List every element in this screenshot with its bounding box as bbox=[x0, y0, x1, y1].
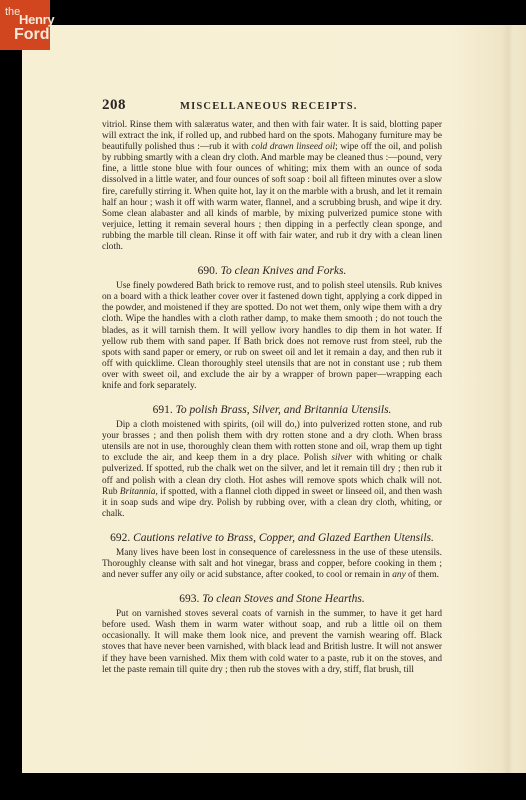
continued-paragraph: vitriol. Rinse them with salæratus water… bbox=[102, 120, 442, 253]
section-heading-690: 690. To clean Knives and Forks. bbox=[102, 265, 442, 278]
section-heading-692: 692. Cautions relative to Brass, Copper,… bbox=[102, 532, 442, 545]
section-body-690: Use finely powdered Bath brick to remove… bbox=[102, 281, 442, 392]
logo-text-the: the bbox=[5, 6, 20, 18]
section-body-692: Many lives have been lost in consequence… bbox=[102, 548, 442, 581]
page-number: 208 bbox=[102, 97, 180, 114]
section-body-693: Put on varnished stoves several coats of… bbox=[102, 609, 442, 676]
running-title: MISCELLANEOUS RECEIPTS. bbox=[180, 101, 358, 112]
book-page: 208 MISCELLANEOUS RECEIPTS. vitriol. Rin… bbox=[22, 25, 526, 773]
logo-text-henry: Henry bbox=[19, 12, 54, 27]
page-content: 208 MISCELLANEOUS RECEIPTS. vitriol. Rin… bbox=[102, 97, 442, 676]
section-heading-691: 691. To polish Brass, Silver, and Britan… bbox=[102, 404, 442, 417]
henry-ford-logo: the Henry Ford bbox=[0, 0, 50, 50]
running-head: 208 MISCELLANEOUS RECEIPTS. bbox=[102, 97, 442, 114]
section-heading-693: 693. To clean Stoves and Stone Hearths. bbox=[102, 593, 442, 606]
section-body-691: Dip a cloth moistened with spirits, (oil… bbox=[102, 420, 442, 520]
logo-text-ford: Ford bbox=[14, 26, 50, 44]
